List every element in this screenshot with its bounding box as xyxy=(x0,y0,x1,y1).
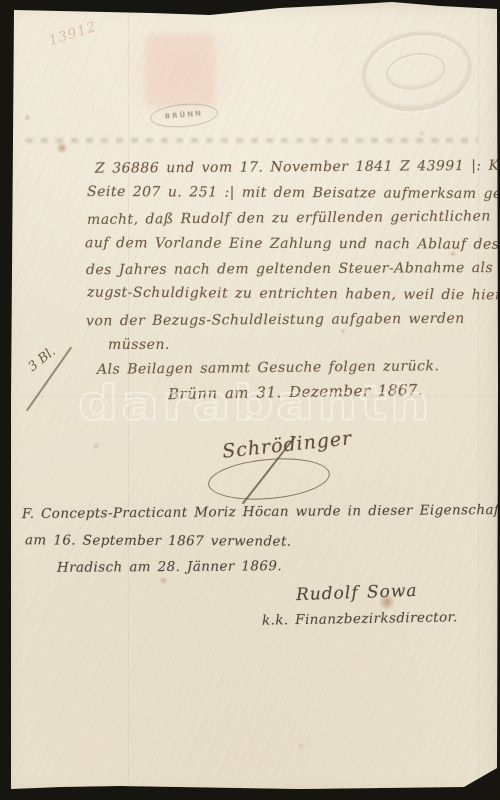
scanned-document-scene: 13912 BRÜNN Z 36886 und vom 17. November… xyxy=(0,0,500,800)
endorsement-line-1: F. Concepts-Practicant Moriz Höcan wurde… xyxy=(22,504,500,522)
body-line-1: Z 36886 und vom 17. November 1841 Z 4399… xyxy=(95,158,500,175)
embossed-seal-inner-ring xyxy=(383,49,448,94)
foxing-spot xyxy=(92,442,100,450)
closing-line: Als Beilagen sammt Gesuche folgen zurück… xyxy=(97,359,440,377)
bleedthrough-text-line xyxy=(26,138,478,143)
stamp-residue xyxy=(145,35,215,106)
main-dateline: Brünn am 31. Dezember 1867. xyxy=(168,383,424,402)
body-line-2: Seite 207 u. 251 :| mit dem Beisatze auf… xyxy=(87,185,500,201)
endorsement-dateline: Hradisch am 28. Jänner 1869. xyxy=(57,560,282,575)
foxing-spot xyxy=(56,142,68,154)
foxing-spot xyxy=(449,250,457,258)
vertical-fold-right xyxy=(478,10,480,788)
foxing-spot xyxy=(296,742,306,750)
foxing-spot xyxy=(340,328,346,334)
body-line-5: des Jahres nach dem geltenden Steuer-Abn… xyxy=(86,261,500,277)
vertical-fold-left xyxy=(128,10,130,788)
endorsement-signature: Rudolf Sowa xyxy=(296,583,418,604)
foxing-spot xyxy=(418,130,425,137)
foxing-spot xyxy=(24,114,31,121)
body-line-6: zugst-Schuldigkeit zu entrichten haben, … xyxy=(87,286,500,303)
corner-number-annotation: 13912 xyxy=(47,19,99,50)
embossed-seal-icon xyxy=(357,25,478,119)
endorsement-line-2: am 16. September 1867 verwendet. xyxy=(25,534,292,549)
bruenn-stamp-label: BRÜNN xyxy=(165,110,204,120)
foxing-spot xyxy=(378,594,396,610)
body-line-3: macht, daß Rudolf den zu erfüllenden ger… xyxy=(87,209,500,227)
endorsement-signer-title: k.k. Finanzbezirksdirector. xyxy=(262,611,458,628)
body-line-7: von der Bezugs-Schuldleistung aufgaben w… xyxy=(86,312,465,329)
body-line-4: auf dem Vorlande Eine Zahlung und nach A… xyxy=(85,236,500,252)
body-line-8: müssen. xyxy=(108,338,170,352)
foxing-spot xyxy=(159,576,168,585)
paper-sheet: 13912 BRÜNN Z 36886 und vom 17. November… xyxy=(0,0,500,800)
